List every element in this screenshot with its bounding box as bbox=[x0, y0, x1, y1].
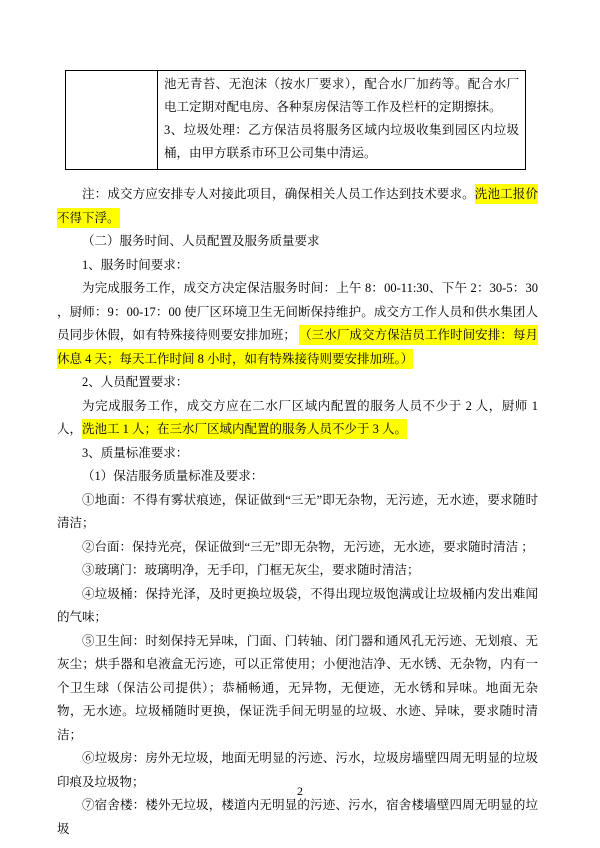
paragraph-standard-trash-bin: ④垃圾桶：保持光泽，及时更换垃圾袋，不得出现垃圾饱满或让垃圾桶内发出难闻的气味； bbox=[57, 583, 538, 630]
text-run: ⑥垃圾房：房外无垃圾，地面无明显的污迹、污水，垃圾房墙壁四周无明显的垃圾印痕及垃… bbox=[57, 751, 538, 789]
paragraph-standard-counter: ②台面：保持光亮，保证做到“三无”即无杂物，无污迹，无水迹，要求随时清洁 ； bbox=[57, 536, 538, 560]
document-content: 池无青苔、无泡沫（按水厂要求），配合水厂加药等。配合水厂电工定期对配电房、各种泵… bbox=[57, 70, 538, 841]
paragraph-standard-restroom: ⑤卫生间：时刻保持无异味，门面、门转轴、闭门器和通风孔无污迹、无划痕、无灰尘；烘… bbox=[57, 630, 538, 748]
text-run: ⑦宿舍楼：楼外无垃圾，楼道内无明显的污迹、污水，宿舍楼墙壁四周无明显的垃圾 bbox=[57, 798, 538, 836]
page-number: 2 bbox=[0, 784, 600, 799]
paragraph-item-1-heading: 1、服务时间要求： bbox=[57, 254, 538, 278]
highlighted-text: 洗池工 1 人；在三水厂区域内配置的服务人员不少于 3 人。 bbox=[82, 419, 407, 439]
text-run: ③玻璃门：玻璃明净，无手印，门框无灰尘，要求随时清洁； bbox=[82, 563, 420, 577]
text-run: ④垃圾桶：保持光泽，及时更换垃圾袋，不得出现垃圾饱满或让垃圾桶内发出难闻的气味； bbox=[57, 587, 538, 625]
text-run: （二）服务时间、人员配置及服务质量要求 bbox=[82, 234, 320, 248]
paragraph-item-3-heading: 3、质量标准要求： bbox=[57, 442, 538, 466]
paragraph-section-heading: （二）服务时间、人员配置及服务质量要求 bbox=[57, 230, 538, 254]
text-run: 3、质量标准要求： bbox=[82, 446, 188, 460]
paragraph-standard-floor: ①地面：不得有雾状痕迹，保证做到“三无”即无杂物，无污迹，无水迹，要求随时清洁； bbox=[57, 489, 538, 536]
paragraph-note: 注：成交方应安排专人对接此项目，确保相关人员工作达到技术要求。洗池工报价不得下浮… bbox=[57, 183, 538, 230]
table-cell-label bbox=[66, 71, 158, 170]
table-paragraph: 3、垃圾处理：乙方保洁员将服务区域内垃圾收集到园区内垃圾桶，由甲方联系市环卫公司… bbox=[164, 119, 519, 165]
paragraph-service-time: 为完成服务工作，成交方决定保洁服务时间：上午 8：00-11:30、下午 2：3… bbox=[57, 277, 538, 371]
text-run: 2、人员配置要求： bbox=[82, 375, 188, 389]
paragraph-staffing: 为完成服务工作，成交方应在二水厂区域内配置的服务人员不少于 2 人，厨师 1 人… bbox=[57, 395, 538, 442]
table-row: 池无青苔、无泡沫（按水厂要求），配合水厂加药等。配合水厂电工定期对配电房、各种泵… bbox=[66, 71, 526, 170]
paragraph-standard-glass-door: ③玻璃门：玻璃明净，无手印，门框无灰尘，要求随时清洁； bbox=[57, 559, 538, 583]
table-paragraph: 池无青苔、无泡沫（按水厂要求），配合水厂加药等。配合水厂电工定期对配电房、各种泵… bbox=[164, 73, 519, 119]
text-run: ⑤卫生间：时刻保持无异味，门面、门转轴、闭门器和通风孔无污迹、无划痕、无灰尘；烘… bbox=[57, 634, 538, 742]
document-body: 注：成交方应安排专人对接此项目，确保相关人员工作达到技术要求。洗池工报价不得下浮… bbox=[57, 183, 538, 841]
paragraph-standard-dormitory: ⑦宿舍楼：楼外无垃圾，楼道内无明显的污迹、污水，宿舍楼墙壁四周无明显的垃圾 bbox=[57, 794, 538, 841]
text-run: 1、服务时间要求： bbox=[82, 258, 188, 272]
paragraph-item-2-heading: 2、人员配置要求： bbox=[57, 371, 538, 395]
text-run: ②台面：保持光亮，保证做到“三无”即无杂物，无污迹，无水迹，要求随时清洁 ； bbox=[82, 540, 534, 554]
text-run: （1）保洁服务质量标准及要求： bbox=[82, 469, 263, 483]
text-run: 注：成交方应安排专人对接此项目，确保相关人员工作达到技术要求。 bbox=[82, 187, 475, 201]
table-cell-body: 池无青苔、无泡沫（按水厂要求），配合水厂加药等。配合水厂电工定期对配电房、各种泵… bbox=[158, 71, 526, 170]
text-run: ①地面：不得有雾状痕迹，保证做到“三无”即无杂物，无污迹，无水迹，要求随时清洁； bbox=[57, 493, 538, 531]
paragraph-sub-1-heading: （1）保洁服务质量标准及要求： bbox=[57, 465, 538, 489]
requirements-table: 池无青苔、无泡沫（按水厂要求），配合水厂加药等。配合水厂电工定期对配电房、各种泵… bbox=[65, 70, 526, 170]
document-page: 池无青苔、无泡沫（按水厂要求），配合水厂加药等。配合水厂电工定期对配电房、各种泵… bbox=[0, 0, 600, 848]
